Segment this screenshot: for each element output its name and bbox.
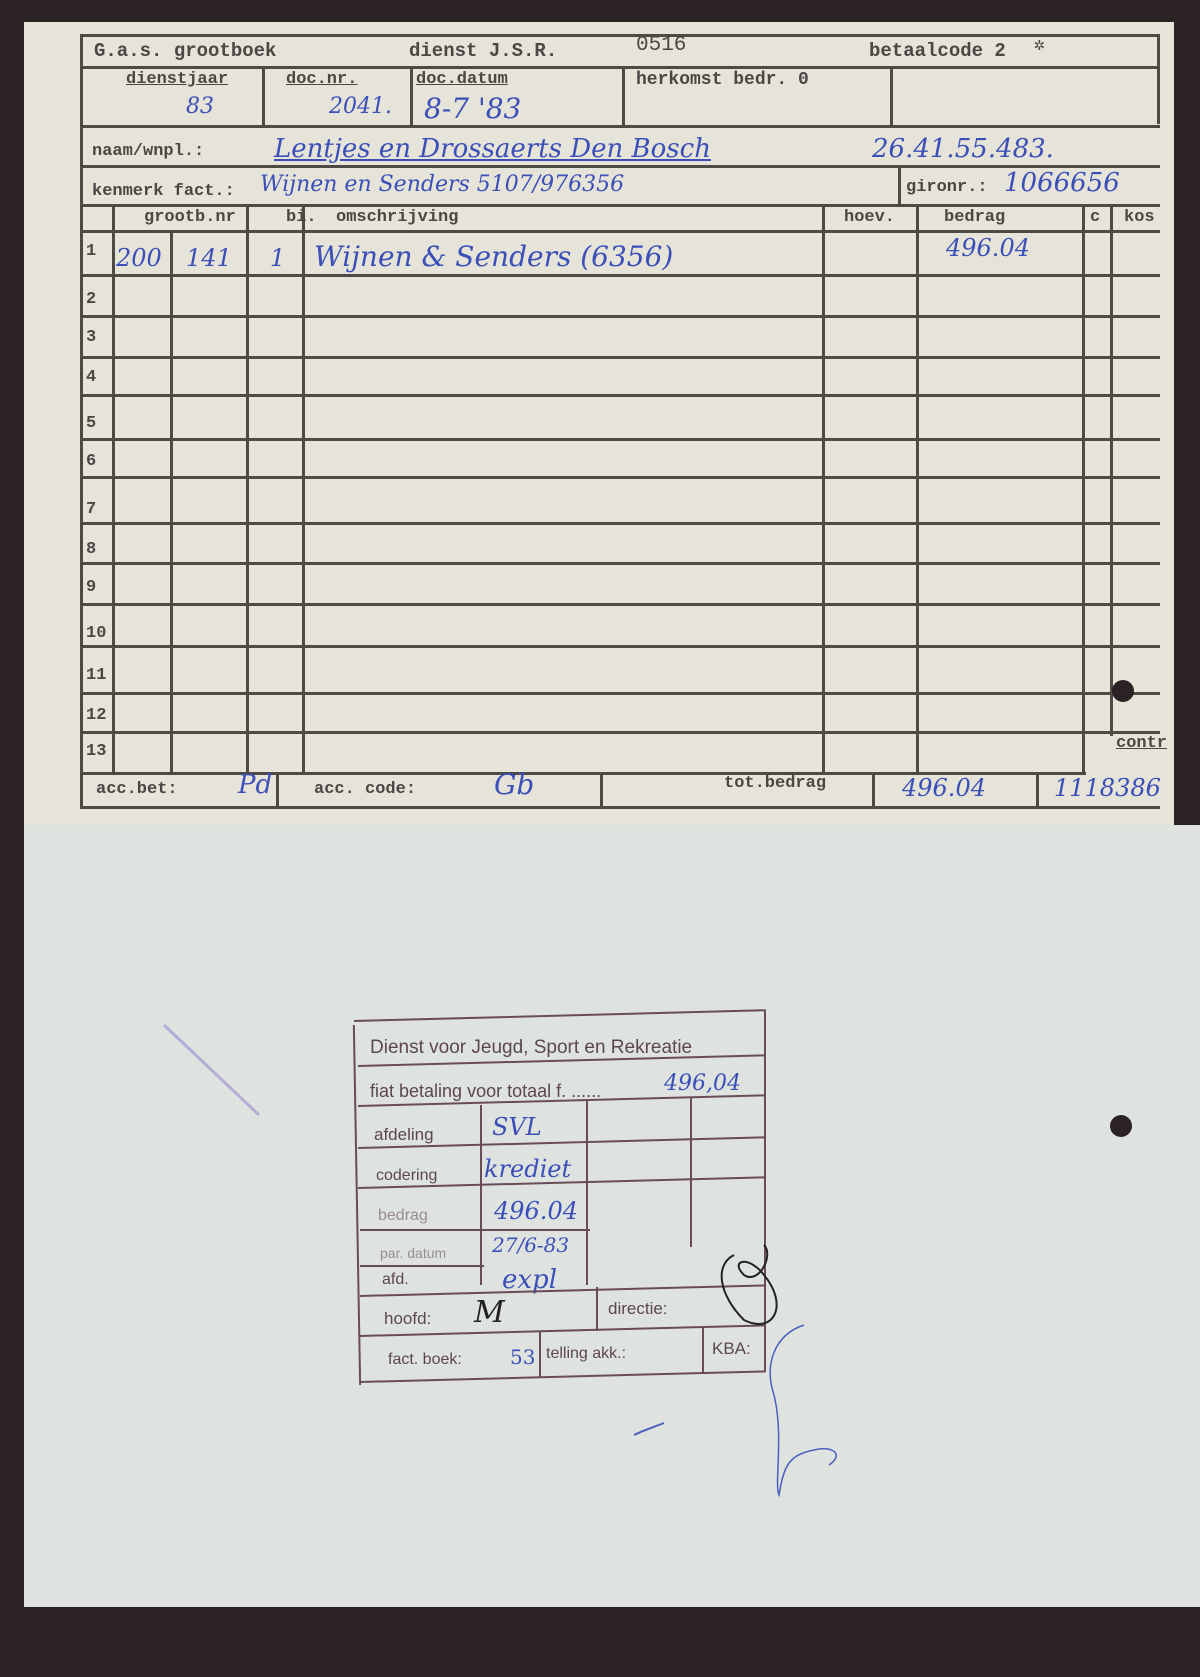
bedrag-label: bedrag — [378, 1207, 428, 1225]
bedrag-value: 496.04 — [494, 1197, 578, 1225]
dienst-label: dienst J.S.R. — [409, 40, 557, 62]
star-icon: ✲ — [1034, 34, 1045, 56]
afd-label: afd. — [382, 1271, 409, 1289]
stamp-rule — [353, 1025, 361, 1385]
herkomst-label: herkomst bedr. 0 — [636, 70, 809, 90]
row-number: 4 — [86, 368, 96, 387]
stamp-title: Dienst voor Jeugd, Sport en Rekreatie — [370, 1037, 692, 1059]
row1-grootb-b: 141 — [186, 244, 232, 272]
rule — [80, 66, 1160, 69]
row-number: 9 — [86, 578, 96, 597]
row-number: 6 — [86, 452, 96, 471]
rule — [262, 66, 265, 126]
totbedrag-label: tot.bedrag — [724, 774, 826, 793]
rule — [890, 66, 893, 126]
row-number: 3 — [86, 328, 96, 347]
dienst-code: 0516 — [636, 34, 686, 57]
contr-label: contr — [1116, 734, 1167, 753]
docnr-value: 2041. — [329, 94, 392, 119]
rule — [1157, 34, 1160, 124]
kenmerk-value: Wijnen en Senders 5107/976356 — [260, 172, 624, 197]
pardatum-label: par. datum — [380, 1245, 446, 1261]
row-number: 2 — [86, 290, 96, 309]
gironr-value: 1066656 — [1004, 168, 1120, 198]
contr-value: 1118386 — [1054, 774, 1161, 802]
row-number: 11 — [86, 666, 106, 685]
codering-value: krediet — [484, 1155, 571, 1183]
row-number: 1 — [86, 242, 96, 261]
rule — [622, 66, 625, 126]
rule — [916, 204, 919, 774]
ledger-form: G.a.s. grootboek dienst J.S.R. 0516 beta… — [24, 22, 1174, 825]
rule — [822, 204, 825, 774]
telling-label: telling akk.: — [546, 1345, 626, 1363]
rule — [410, 66, 413, 126]
signature-scribble — [624, 1305, 864, 1505]
pardatum-value: 27/6-83 — [492, 1233, 569, 1257]
col-hoev: hoev. — [844, 208, 895, 227]
naam-label: naam/wnpl.: — [92, 142, 204, 161]
row-number: 10 — [86, 624, 106, 643]
rule — [872, 772, 875, 808]
rule — [80, 125, 1160, 128]
rule — [80, 230, 1160, 233]
col-grootbnr: grootb.nr — [144, 208, 236, 227]
rule — [246, 204, 249, 774]
afdeling-label: afdeling — [374, 1125, 434, 1145]
afdeling-value: SVL — [492, 1113, 542, 1141]
col-c: c — [1090, 208, 1100, 227]
pen-mark — [154, 1015, 274, 1125]
rule — [600, 772, 603, 808]
row1-bi: 1 — [270, 244, 285, 272]
factboek-value: 53 — [510, 1345, 535, 1369]
row1-grootb-a: 200 — [116, 244, 162, 272]
dienstjaar-value: 83 — [186, 94, 214, 119]
stamp-rule — [354, 1009, 766, 1022]
account-number: 26.41.55.483. — [872, 134, 1054, 164]
rule — [1110, 204, 1113, 736]
row-number: 13 — [86, 742, 106, 761]
punch-hole — [1112, 680, 1134, 702]
row1-omschrijving: Wijnen & Senders (6356) — [314, 240, 673, 273]
accbet-label: acc.bet: — [96, 780, 178, 799]
rule — [898, 165, 901, 205]
invoice-backside: Dienst voor Jeugd, Sport en Rekreatie fi… — [24, 825, 1200, 1607]
row-number: 5 — [86, 414, 96, 433]
rule — [80, 165, 1160, 168]
fiat-value: 496,04 — [664, 1071, 741, 1096]
rule — [1036, 772, 1039, 808]
docdatum-label: doc.datum — [416, 70, 508, 89]
naam-value: Lentjes en Drossaerts Den Bosch — [274, 134, 711, 164]
rule — [80, 34, 1160, 37]
col-bedrag: bedrag — [944, 208, 1005, 227]
kenmerk-label: kenmerk fact.: — [92, 182, 235, 201]
factboek-label: fact. boek: — [388, 1351, 462, 1369]
dienstjaar-label: dienstjaar — [126, 70, 228, 89]
gironr-label: gironr.: — [906, 178, 988, 197]
hoofd-signature: M — [474, 1295, 505, 1330]
totbedrag-value: 496.04 — [902, 774, 986, 802]
acccode-value: Gb — [494, 768, 534, 801]
row-number: 7 — [86, 500, 96, 519]
accbet-value: Pd — [238, 770, 272, 800]
row1-bedrag: 496.04 — [946, 234, 1030, 262]
rule — [302, 204, 305, 774]
row-number: 12 — [86, 706, 106, 725]
hoofd-label: hoofd: — [384, 1309, 431, 1329]
punch-hole — [1110, 1115, 1132, 1137]
rule — [112, 204, 115, 774]
col-kos: kos — [1124, 208, 1155, 227]
rule — [80, 806, 1160, 809]
acccode-label: acc. code: — [314, 780, 416, 799]
form-title: G.a.s. grootboek — [94, 40, 276, 62]
rule — [276, 772, 279, 808]
rule — [1082, 204, 1085, 774]
rule — [80, 204, 1160, 207]
docdatum-value: 8-7 '83 — [424, 92, 521, 125]
betaalcode-label: betaalcode 2 — [869, 40, 1006, 62]
col-omschrijving: omschrijving — [336, 208, 458, 227]
docnr-label: doc.nr. — [286, 70, 357, 89]
row-number: 8 — [86, 540, 96, 559]
codering-label: codering — [376, 1167, 437, 1185]
